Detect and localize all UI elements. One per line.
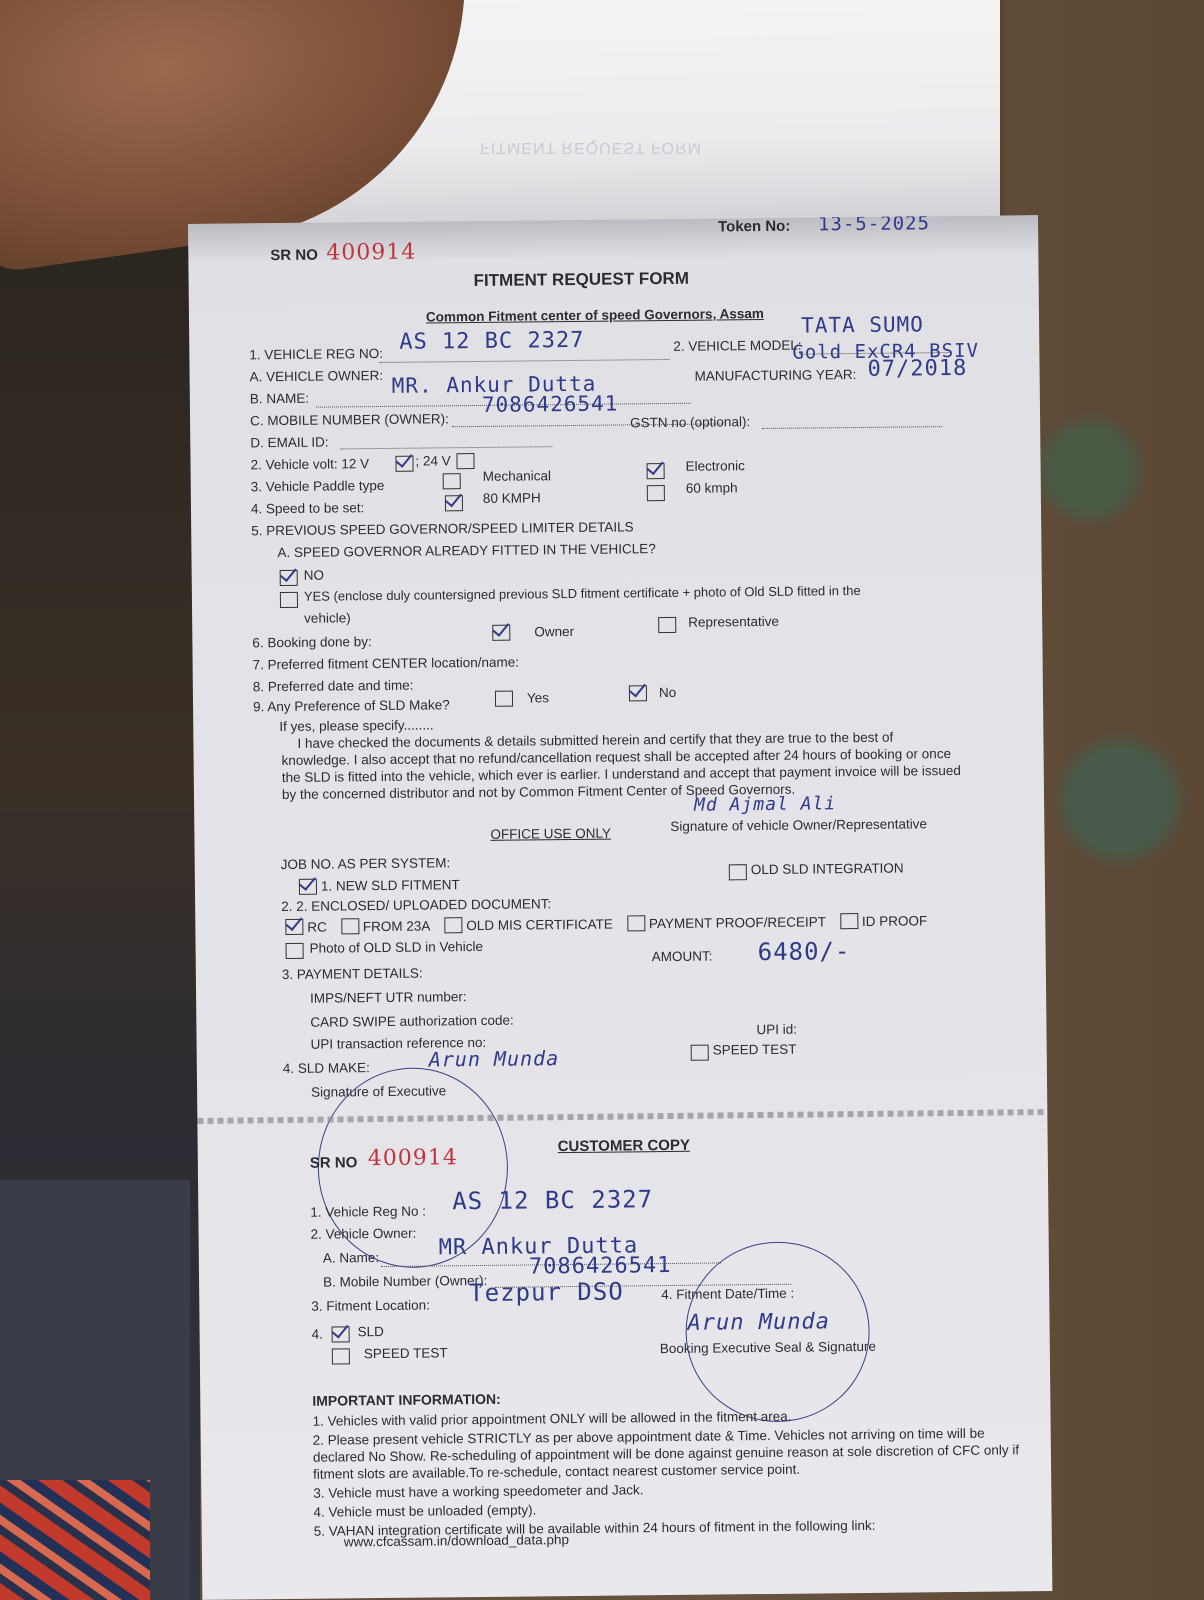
payment-label: 3. PAYMENT DETAILS: bbox=[282, 966, 423, 982]
customer-name-label: A. Name: bbox=[323, 1250, 379, 1266]
volt-24-label: ; 24 V bbox=[415, 453, 450, 468]
amount-label: AMOUNT: bbox=[652, 949, 713, 965]
plaid-fabric bbox=[0, 1480, 150, 1600]
document-label: RC bbox=[307, 919, 327, 934]
make-yes-checkbox[interactable] bbox=[495, 691, 513, 707]
document-label: OLD MIS CERTIFICATE bbox=[466, 916, 613, 933]
old-sld-label: OLD SLD INTEGRATION bbox=[751, 861, 904, 878]
volt-12-checkbox[interactable] bbox=[395, 456, 413, 472]
make-label: 9. Any Preference of SLD Make? bbox=[253, 697, 450, 714]
document-option[interactable]: ID PROOF bbox=[840, 912, 927, 929]
important-list: 1. Vehicles with valid prior appointment… bbox=[312, 1405, 1033, 1542]
speed-label: 4. Speed to be set: bbox=[251, 500, 364, 516]
email-label: D. EMAIL ID: bbox=[250, 435, 328, 451]
paddle-electronic-label: Electronic bbox=[685, 458, 744, 474]
customer-mobile-value[interactable]: 7086426541 bbox=[529, 1253, 672, 1279]
make-no-checkbox[interactable] bbox=[629, 685, 647, 701]
document-label: PAYMENT PROOF/RECEIPT bbox=[649, 914, 826, 931]
document-option[interactable]: OLD MIS CERTIFICATE bbox=[444, 916, 613, 934]
document-checkbox[interactable] bbox=[341, 918, 359, 934]
ghost-title: FITMENT REQUEST FORM bbox=[480, 138, 702, 156]
volt-label: 2. Vehicle volt: 12 V bbox=[250, 456, 369, 472]
document-label: FROM 23A bbox=[363, 918, 431, 934]
speed-test-label: SPEED TEST bbox=[713, 1042, 797, 1058]
prev-no-label: NO bbox=[304, 568, 324, 583]
form-sheet: Token No: 13-5-2025 SR NO 400914 FITMENT… bbox=[188, 215, 1052, 1600]
email-line[interactable] bbox=[340, 446, 552, 449]
customer-reg-label: 1. Vehicle Reg No : bbox=[310, 1204, 426, 1220]
volt-24-checkbox[interactable] bbox=[456, 453, 474, 469]
document-checkbox[interactable] bbox=[444, 917, 462, 933]
customer-reg-value[interactable]: AS 12 BC 2327 bbox=[452, 1185, 653, 1215]
center-label: 7. Preferred fitment CENTER location/nam… bbox=[253, 655, 520, 673]
form-title: FITMENT REQUEST FORM bbox=[474, 269, 690, 291]
speed-60-checkbox[interactable] bbox=[647, 485, 665, 501]
prev-governor-question: A. SPEED GOVERNOR ALREADY FITTED IN THE … bbox=[277, 541, 655, 560]
booking-rep-checkbox[interactable] bbox=[658, 617, 676, 633]
specify-label: If yes, please specify........ bbox=[279, 717, 433, 734]
prev-yes-label-1: YES (enclose duly countersigned previous… bbox=[304, 583, 861, 604]
prev-governor-label: 5. PREVIOUS SPEED GOVERNOR/SPEED LIMITER… bbox=[251, 519, 633, 538]
booking-owner-checkbox[interactable] bbox=[492, 625, 510, 641]
document-checkbox[interactable] bbox=[285, 919, 303, 935]
mobile-label: C. MOBILE NUMBER (OWNER): bbox=[250, 411, 449, 428]
executive-signature: Arun Munda bbox=[429, 1046, 560, 1071]
prev-no-checkbox[interactable] bbox=[280, 570, 298, 586]
perforation-line bbox=[197, 1109, 1047, 1124]
mobile-value[interactable]: 7086426541 bbox=[482, 392, 619, 417]
vehicle-model-label: 2. VEHICLE MODEL: bbox=[673, 338, 801, 354]
sld-make-label: 4. SLD MAKE: bbox=[283, 1060, 370, 1076]
date-label: 8. Preferred date and time: bbox=[253, 678, 414, 695]
speed-80-label: 80 KMPH bbox=[483, 490, 541, 506]
speed-80-checkbox[interactable] bbox=[445, 495, 463, 511]
booking-owner-label: Owner bbox=[534, 624, 574, 639]
token-label: Token No: bbox=[718, 218, 790, 236]
manufacturing-year-value[interactable]: 07/2018 bbox=[867, 356, 967, 382]
customer-sr-no-label: SR NO bbox=[310, 1154, 358, 1171]
new-sld-text: 1. NEW SLD FITMENT bbox=[281, 877, 460, 894]
paddle-mechanical-label: Mechanical bbox=[483, 468, 551, 484]
booking-label: 6. Booking done by: bbox=[252, 634, 371, 650]
customer-owner-label: 2. Vehicle Owner: bbox=[311, 1226, 417, 1242]
important-heading: IMPORTANT INFORMATION: bbox=[312, 1391, 501, 1409]
name-label: B. NAME: bbox=[250, 391, 309, 407]
owner-signature: Md Ajmal Ali bbox=[694, 793, 836, 815]
customer-item-4-number: 4. bbox=[312, 1327, 323, 1342]
gstn-label: GSTN no (optional): bbox=[630, 414, 750, 430]
new-sld-label: 1. NEW SLD FITMENT bbox=[281, 877, 460, 894]
booking-seal-stamp bbox=[685, 1241, 871, 1423]
customer-location-label: 3. Fitment Location: bbox=[311, 1298, 430, 1314]
make-yes-label: Yes bbox=[527, 690, 549, 705]
card-label: CARD SWIPE authorization code: bbox=[310, 1013, 513, 1030]
prev-yes-checkbox[interactable] bbox=[280, 592, 298, 608]
customer-location-value[interactable]: Tezpur DSO bbox=[469, 1277, 624, 1307]
important-item: 2. Please present vehicle STRICTLY as pe… bbox=[313, 1424, 1033, 1483]
document-checkbox[interactable] bbox=[627, 915, 645, 931]
document-label: ID PROOF bbox=[862, 913, 927, 929]
document-checkbox[interactable] bbox=[840, 913, 858, 929]
document-option[interactable]: RC bbox=[285, 919, 327, 935]
booking-rep-label: Representative bbox=[688, 614, 779, 630]
photo-old-sld-checkbox[interactable] bbox=[286, 943, 304, 959]
sr-no-value: 400914 bbox=[326, 240, 416, 266]
vehicle-reg-line bbox=[379, 359, 669, 363]
download-link[interactable]: www.cfcassam.in/download_data.php bbox=[344, 1532, 569, 1549]
customer-copy-heading: CUSTOMER COPY bbox=[558, 1137, 690, 1155]
upi-id-label: UPI id: bbox=[756, 1022, 797, 1037]
speed-60-label: 60 kmph bbox=[686, 480, 738, 496]
documents-row: RCFROM 23AOLD MIS CERTIFICATEPAYMENT PRO… bbox=[285, 912, 933, 935]
document-option[interactable]: FROM 23A bbox=[341, 918, 431, 935]
paddle-label: 3. Vehicle Paddle type bbox=[251, 478, 385, 494]
job-no-label: JOB NO. AS PER SYSTEM: bbox=[281, 855, 451, 872]
owner-signature-label: Signature of vehicle Owner/Representativ… bbox=[670, 816, 927, 834]
form-subtitle: Common Fitment center of speed Governors… bbox=[426, 306, 764, 325]
customer-sld-label: SLD bbox=[358, 1324, 384, 1339]
imps-label: IMPS/NEFT UTR number: bbox=[310, 989, 467, 1006]
customer-mobile-label: B. Mobile Number (Owner): bbox=[323, 1273, 487, 1290]
paddle-mechanical-checkbox[interactable] bbox=[443, 473, 461, 489]
customer-sld-checkbox[interactable] bbox=[332, 1326, 350, 1342]
customer-speed-test-label: SPEED TEST bbox=[364, 1345, 448, 1361]
manufacturing-year-label: MANUFACTURING YEAR: bbox=[695, 367, 857, 384]
enclosed-label: 2. 2. ENCLOSED/ UPLOADED DOCUMENT: bbox=[281, 896, 551, 914]
token-value: 13-5-2025 bbox=[818, 215, 930, 235]
prev-yes-label-2: vehicle) bbox=[304, 610, 351, 625]
make-no-label: No bbox=[659, 685, 676, 700]
document-option[interactable]: PAYMENT PROOF/RECEIPT bbox=[627, 913, 826, 931]
customer-sr-no-value: 400914 bbox=[368, 1145, 458, 1171]
paddle-electronic-checkbox[interactable] bbox=[647, 463, 665, 479]
photo-old-sld-label: Photo of OLD SLD in Vehicle bbox=[310, 939, 484, 956]
vehicle-model-value-1[interactable]: TATA SUMO bbox=[801, 312, 924, 337]
sr-no-label: SR NO bbox=[270, 247, 318, 264]
amount-value[interactable]: 6480/- bbox=[758, 937, 851, 966]
customer-speed-test-checkbox[interactable] bbox=[332, 1348, 350, 1364]
old-sld-checkbox[interactable] bbox=[729, 864, 747, 880]
speed-test-checkbox[interactable] bbox=[691, 1045, 709, 1061]
vehicle-reg-value[interactable]: AS 12 BC 2327 bbox=[399, 328, 584, 355]
vehicle-owner-label: A. VEHICLE OWNER: bbox=[250, 368, 384, 384]
declaration-text: I have checked the documents & details s… bbox=[281, 728, 962, 803]
gstn-line[interactable] bbox=[762, 426, 942, 429]
vehicle-reg-label: 1. VEHICLE REG NO: bbox=[249, 346, 383, 362]
office-use-heading: OFFICE USE ONLY bbox=[490, 826, 611, 842]
